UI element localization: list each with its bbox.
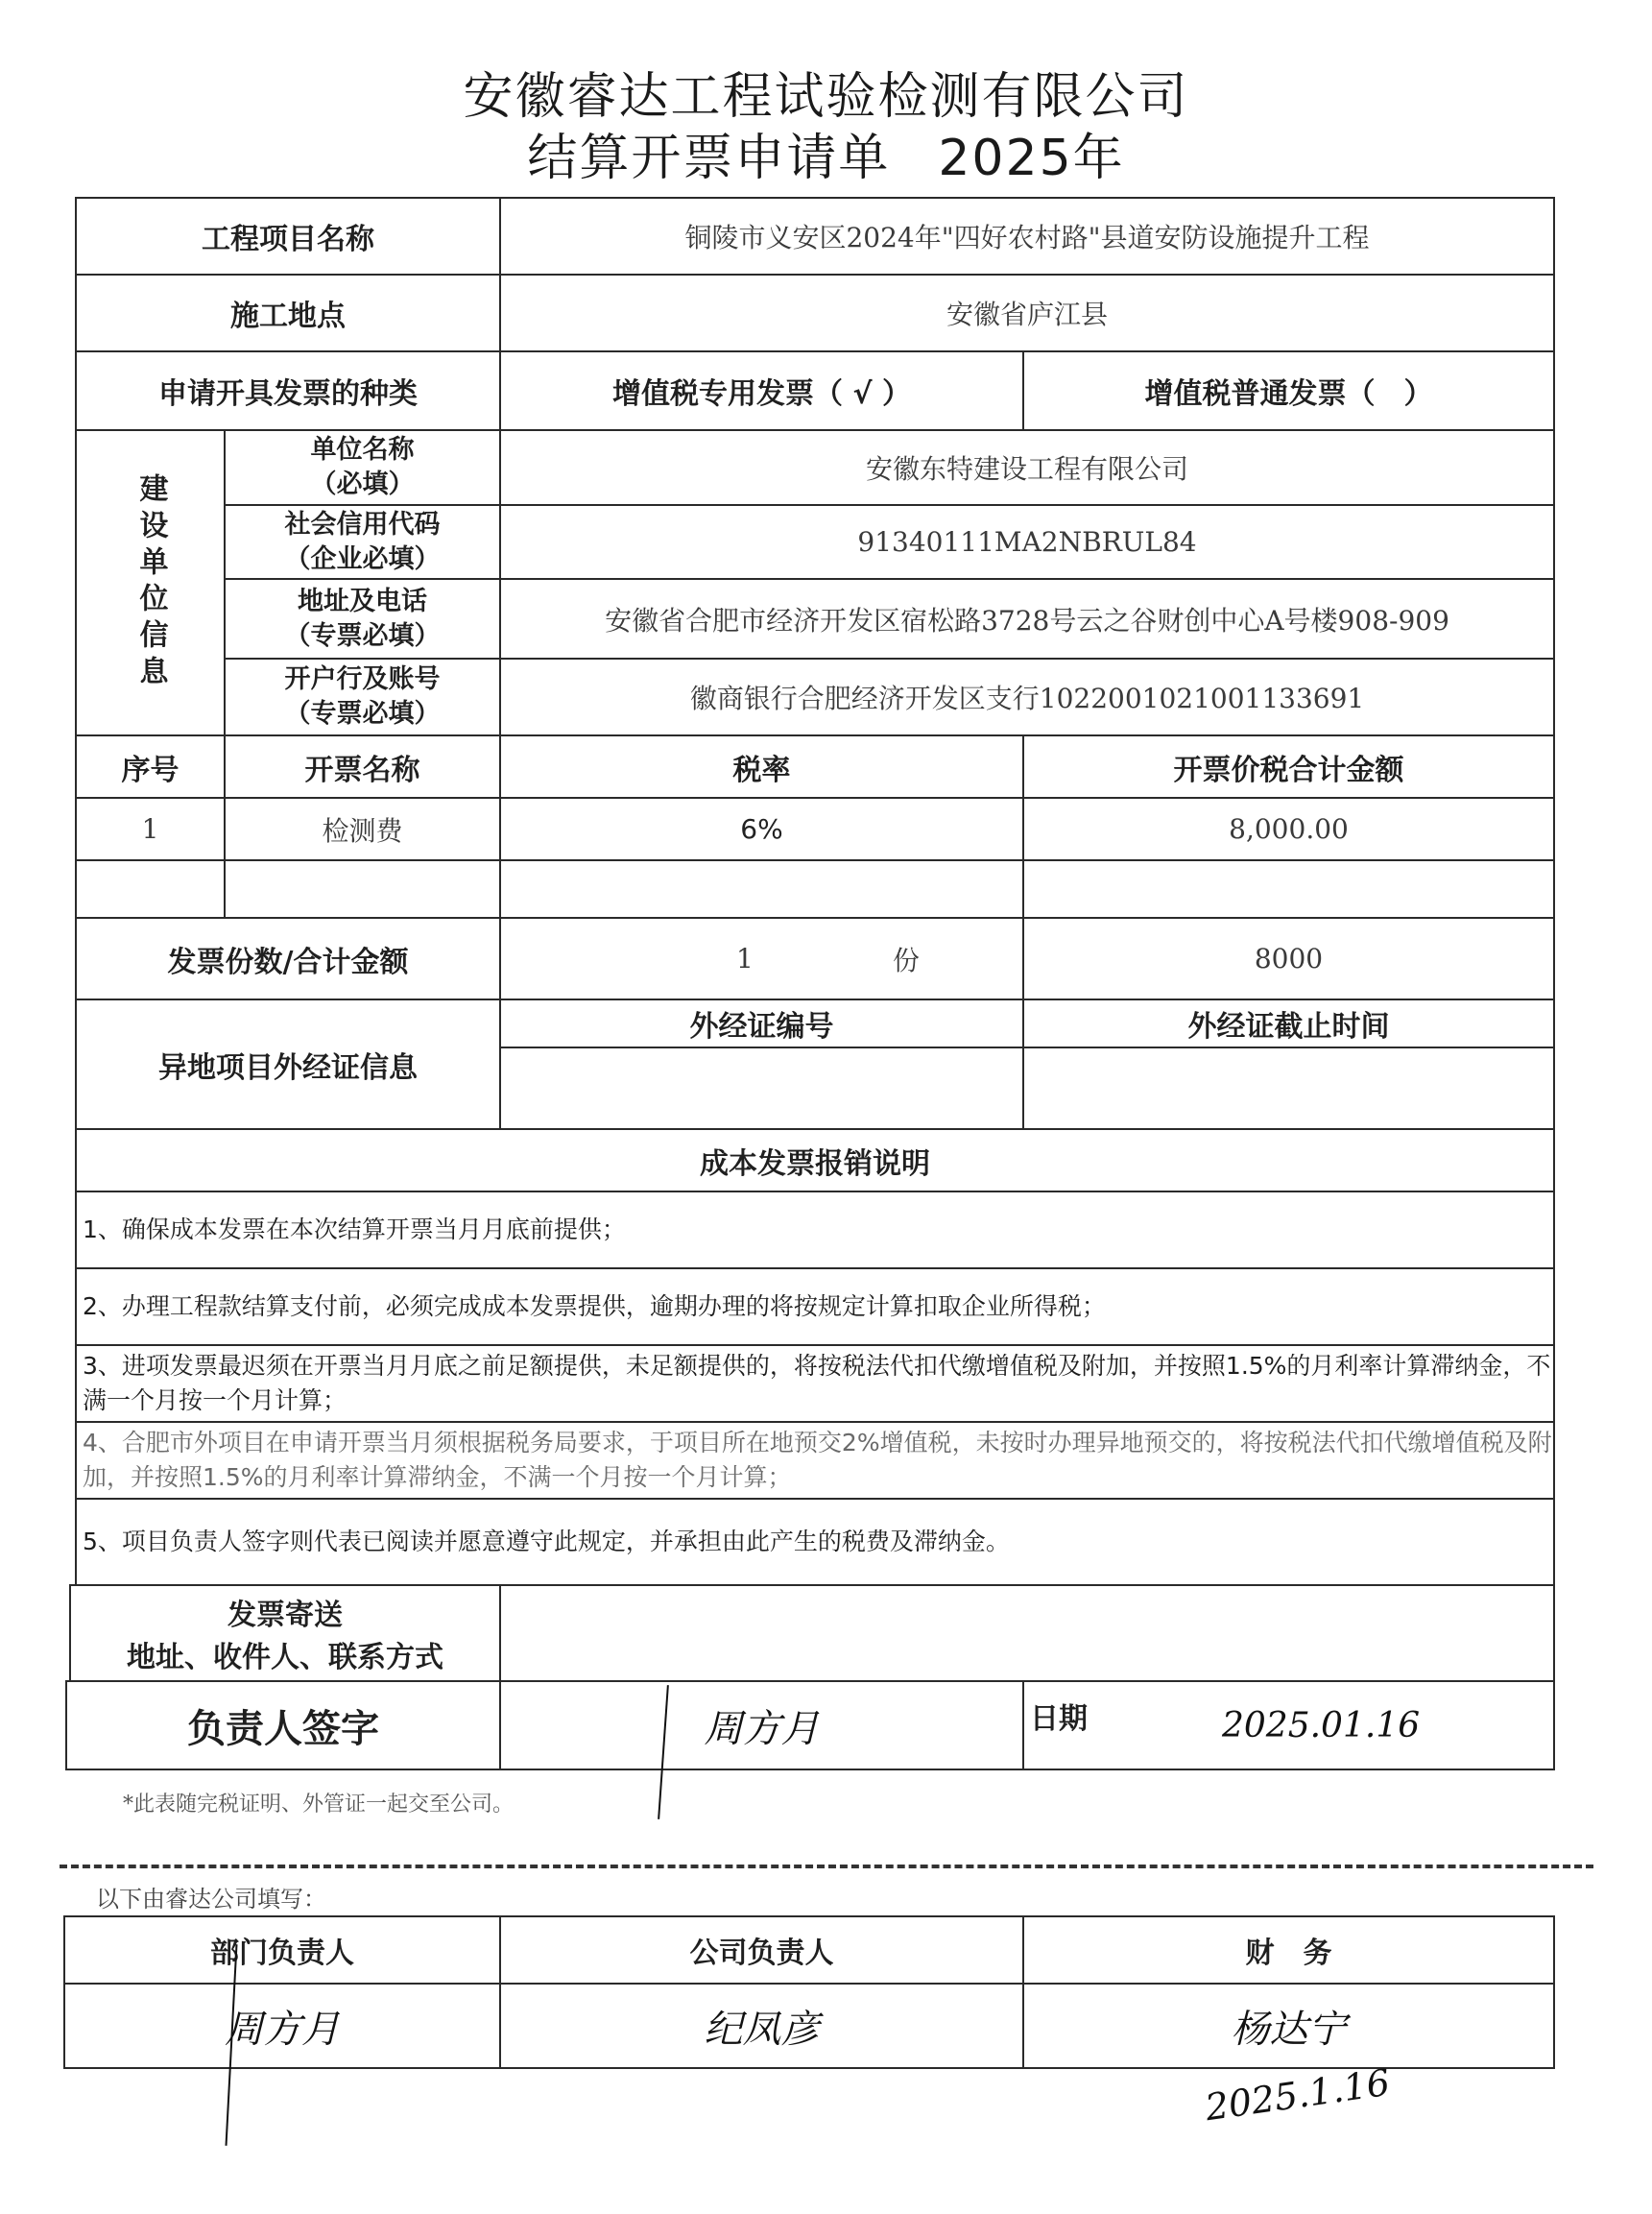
invoice-type-special-checkbox[interactable]: 增值税专用发票（ √ ） [499, 350, 1024, 431]
company-head-signature[interactable]: 纪凤彦 [499, 1983, 1024, 2069]
cost-note-2: 2、办理工程款结算支付前，必须完成成本发票提供，逾期办理的将按规定计算扣取企业所… [75, 1267, 1555, 1346]
dashed-divider [60, 1865, 1593, 1868]
location-label: 施工地点 [75, 274, 501, 352]
bank-account-value[interactable]: 徽商银行合肥经济开发区支行1022001021001133691 [499, 658, 1555, 736]
invoice-type-general-checkbox[interactable]: 增值税普通发票（ ） [1022, 350, 1555, 431]
unit-name-value[interactable]: 安徽东特建设工程有限公司 [499, 429, 1555, 506]
footnote: *此表随完税证明、外管证一起交至公司。 [123, 1788, 514, 1817]
address-phone-value[interactable]: 安徽省合肥市经济开发区宿松路3728号云之谷财创中心A号楼908-909 [499, 578, 1555, 660]
bank-account-hint: （专票必填） [285, 697, 441, 732]
form-title-text: 结算开票申请单 [527, 130, 890, 187]
totals-amount[interactable]: 8000 [1022, 917, 1555, 1000]
credit-code-hint: （企业必填） [285, 542, 441, 577]
finance-signature[interactable]: 杨达宁 [1022, 1983, 1555, 2069]
location-value[interactable]: 安徽省庐江县 [499, 274, 1555, 352]
address-phone-label: 地址及电话 （专票必填） [224, 578, 501, 660]
finance-date[interactable]: 2025.1.16 [1203, 2061, 1393, 2129]
col-header-invoice-name: 开票名称 [224, 734, 501, 799]
external-cert-number-value[interactable] [499, 1047, 1024, 1130]
external-cert-label: 异地项目外经证信息 [75, 999, 501, 1130]
item-name[interactable]: 检测费 [224, 797, 501, 861]
company-head-header: 公司负责人 [499, 1915, 1024, 1985]
form-title: 结算开票申请单2025年 [0, 117, 1652, 189]
unit-name-label: 单位名称 （必填） [224, 429, 501, 506]
col-header-amount: 开票价税合计金额 [1022, 734, 1555, 799]
delivery-label-line2: 地址、收件人、联系方式 [127, 1633, 443, 1675]
item-tax-rate[interactable]: 6% [499, 797, 1024, 861]
external-cert-deadline-value[interactable] [1022, 1047, 1555, 1130]
project-name-value[interactable]: 铜陵市义安区2024年"四好农村路"县道安防设施提升工程 [499, 197, 1555, 276]
cost-note-5: 5、项目负责人签字则代表已阅读并愿意遵守此规定，并承担由此产生的税费及滞纳金。 [75, 1498, 1555, 1586]
date-value[interactable]: 2025.01.16 [1222, 1706, 1420, 1745]
unit-name-hint: （必填） [311, 468, 415, 502]
totals-count[interactable]: 1 [736, 943, 754, 975]
project-name-label: 工程项目名称 [75, 197, 501, 276]
date-label: 日期 [1030, 1695, 1088, 1737]
item2-seq[interactable] [75, 859, 226, 919]
responsible-signature[interactable]: 周方月 [499, 1680, 1024, 1770]
credit-code-value[interactable]: 91340111MA2NBRUL84 [499, 504, 1555, 580]
unit-name-label-text: 单位名称 [311, 433, 415, 468]
item2-name[interactable] [224, 859, 501, 919]
signature-label: 负责人签字 [65, 1680, 501, 1770]
internal-fill-note: 以下由睿达公司填写： [96, 1880, 326, 1913]
dept-head-header: 部门负责人 [63, 1915, 501, 1985]
form-year: 2025年 [938, 130, 1124, 187]
external-cert-deadline-header: 外经证截止时间 [1022, 999, 1555, 1048]
signature-date-cell: 日期 2025.01.16 [1022, 1680, 1555, 1770]
cost-note-3: 3、进项发票最迟须在开票当月月底之前足额提供，未足额提供的，将按税法代扣代缴增值… [75, 1344, 1555, 1423]
totals-count-cell: 1 份 [499, 917, 1024, 1000]
totals-count-unit: 份 [893, 940, 920, 978]
delivery-label: 发票寄送 地址、收件人、联系方式 [69, 1584, 501, 1682]
delivery-label-line1: 发票寄送 [227, 1591, 343, 1633]
builder-section-label: 建设单位信息 [75, 429, 226, 736]
external-cert-number-header: 外经证编号 [499, 999, 1024, 1048]
bank-account-label: 开户行及账号 （专票必填） [224, 658, 501, 736]
item-seq[interactable]: 1 [75, 797, 226, 861]
item-amount[interactable]: 8,000.00 [1022, 797, 1555, 861]
item2-amount[interactable] [1022, 859, 1555, 919]
item2-tax-rate[interactable] [499, 859, 1024, 919]
col-header-tax-rate: 税率 [499, 734, 1024, 799]
credit-code-label-text: 社会信用代码 [285, 508, 441, 542]
finance-header: 财 务 [1022, 1915, 1555, 1985]
address-phone-hint: （专票必填） [285, 619, 441, 654]
cost-notes-title: 成本发票报销说明 [75, 1128, 1555, 1192]
invoice-type-label: 申请开具发票的种类 [75, 350, 501, 431]
address-phone-label-text: 地址及电话 [298, 585, 427, 619]
bank-account-label-text: 开户行及账号 [285, 662, 441, 697]
cost-note-1: 1、确保成本发票在本次结算开票当月月底前提供； [75, 1191, 1555, 1269]
cost-note-4: 4、合肥市外项目在申请开票当月须根据税务局要求，于项目所在地预交2%增值税，未按… [75, 1421, 1555, 1500]
credit-code-label: 社会信用代码 （企业必填） [224, 504, 501, 580]
delivery-value[interactable] [499, 1584, 1555, 1682]
totals-label: 发票份数/合计金额 [75, 917, 501, 1000]
col-header-seq: 序号 [75, 734, 226, 799]
dept-head-signature[interactable]: 周方月 [63, 1983, 501, 2069]
